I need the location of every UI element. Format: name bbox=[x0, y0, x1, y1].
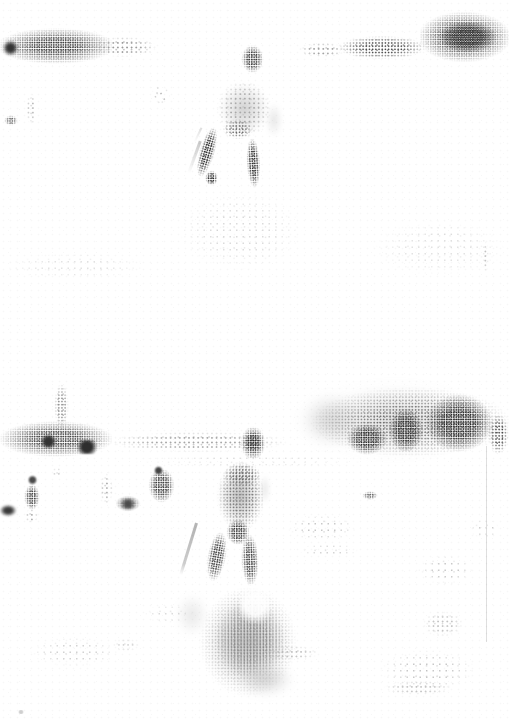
bather-standing-fade bbox=[25, 508, 38, 524]
reflection-right-streak bbox=[262, 645, 320, 661]
bather-bending-head bbox=[154, 466, 163, 475]
tree-cluster-a bbox=[346, 422, 388, 456]
bather-standing-body bbox=[24, 483, 40, 511]
water-dash-right bbox=[362, 491, 378, 500]
reflection-highlight-gap bbox=[240, 585, 270, 625]
ripple-3 bbox=[416, 554, 474, 586]
bather-crouching-core bbox=[120, 499, 136, 509]
ripple-7 bbox=[143, 604, 195, 624]
ripple-9 bbox=[112, 638, 140, 652]
water-speck-left bbox=[52, 467, 62, 478]
ripple-6 bbox=[28, 636, 120, 668]
scanned-page bbox=[0, 0, 509, 720]
stick bbox=[179, 523, 198, 576]
tiny-speck-bottom-left bbox=[18, 710, 24, 714]
reflection-lower bbox=[226, 655, 304, 703]
ripple-2 bbox=[298, 543, 360, 558]
tree-cluster-c bbox=[424, 392, 494, 454]
right-edge-line bbox=[486, 446, 487, 642]
bather-faint bbox=[100, 472, 113, 506]
wading-child-arm-hint bbox=[258, 468, 272, 510]
treeline-blob-b bbox=[75, 440, 99, 454]
treeline-blob-a bbox=[40, 435, 57, 448]
bather-left-bar bbox=[0, 503, 18, 518]
bottom-photograph bbox=[0, 0, 509, 720]
ripple-8 bbox=[470, 518, 500, 540]
ripple-5-wisp bbox=[382, 680, 454, 696]
tree-cluster-b bbox=[388, 406, 424, 454]
wading-child-head-core bbox=[245, 432, 261, 452]
ripple-4 bbox=[422, 610, 464, 638]
tree-cluster-d bbox=[488, 412, 509, 456]
spire bbox=[54, 384, 69, 428]
ripple-1 bbox=[286, 514, 358, 542]
wading-child-leg-left bbox=[203, 528, 231, 584]
shore-noise bbox=[120, 455, 380, 467]
